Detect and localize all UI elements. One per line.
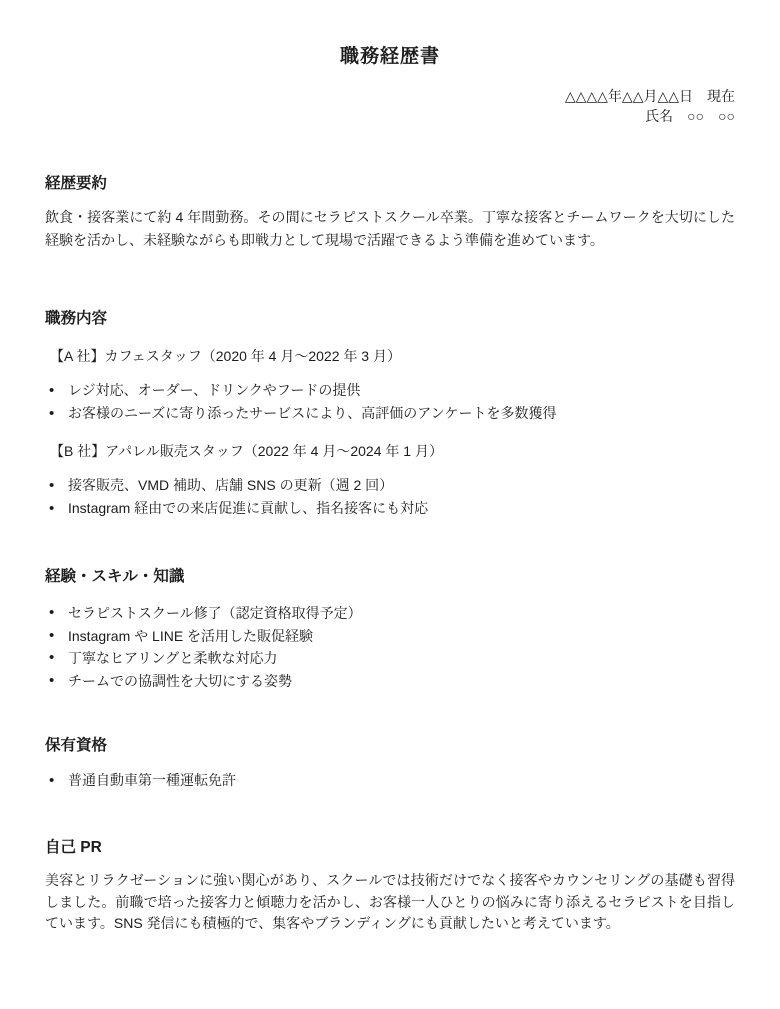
job-a-bullet-list: レジ対応、オーダー、ドリンクやフードの提供 お客様のニーズに寄り添ったサービスに… (45, 379, 735, 425)
list-item: Instagram や LINE を活用した販促経験 (45, 625, 735, 648)
document-title: 職務経歴書 (45, 44, 735, 70)
list-item: 普通自動車第一種運転免許 (45, 769, 735, 792)
job-b-bullet-list: 接客販売、VMD 補助、店舗 SNS の更新（週 2 回） Instagram … (45, 474, 735, 520)
name-line: 氏名 ○○ ○○ (45, 107, 735, 127)
section-heading-summary: 経歴要約 (45, 173, 735, 195)
list-item: 接客販売、VMD 補助、店舗 SNS の更新（週 2 回） (45, 474, 735, 497)
list-item: チームでの協調性を大切にする姿勢 (45, 670, 735, 693)
list-item: Instagram 経由での来店促進に貢献し、指名接客にも対応 (45, 497, 735, 520)
skills-bullet-list: セラピストスクール修了（認定資格取得予定） Instagram や LINE を… (45, 602, 735, 692)
list-item: 丁寧なヒアリングと柔軟な対応力 (45, 647, 735, 670)
list-item: レジ対応、オーダー、ドリンクやフードの提供 (45, 379, 735, 402)
job-title-company-a: 【A 社】カフェスタッフ（2020 年 4 月～2022 年 3 月） (45, 346, 735, 367)
section-heading-work-history: 職務内容 (45, 308, 735, 330)
list-item: セラピストスクール修了（認定資格取得予定） (45, 602, 735, 625)
section-heading-self-pr: 自己 PR (45, 837, 735, 859)
document-header-meta: △△△△年△△月△△日 現在 氏名 ○○ ○○ (45, 87, 735, 126)
list-item: お客様のニーズに寄り添ったサービスにより、高評価のアンケートを多数獲得 (45, 402, 735, 425)
licenses-bullet-list: 普通自動車第一種運転免許 (45, 769, 735, 792)
job-title-company-b: 【B 社】アパレル販売スタッフ（2022 年 4 月～2024 年 1 月） (45, 441, 735, 462)
self-pr-paragraph: 美容とリラクゼーションに強い関心があり、スクールでは技術だけでなく接客やカウンセ… (45, 870, 735, 935)
section-heading-skills: 経験・スキル・知識 (45, 566, 735, 588)
section-heading-licenses: 保有資格 (45, 735, 735, 757)
resume-document: 職務経歴書 △△△△年△△月△△日 現在 氏名 ○○ ○○ 経歴要約 飲食・接客… (0, 0, 780, 1009)
summary-paragraph: 飲食・接客業にて約 4 年間勤務。その間にセラピストスクール卒業。丁寧な接客とチ… (45, 206, 735, 252)
date-line: △△△△年△△月△△日 現在 (45, 87, 735, 107)
